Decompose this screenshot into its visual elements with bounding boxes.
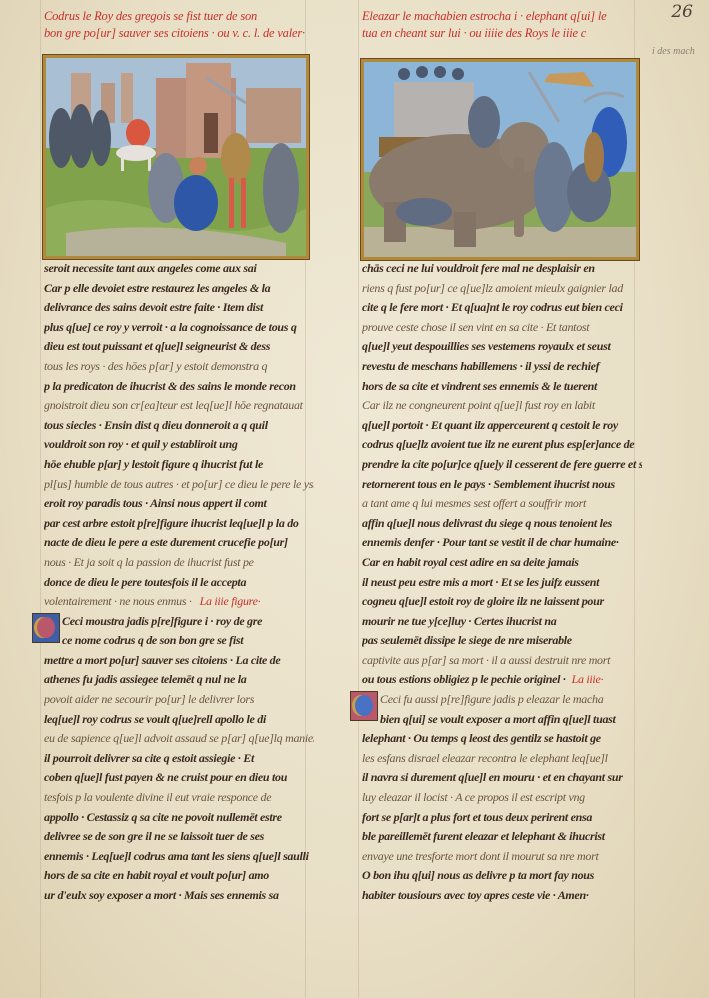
initial-letter-body — [355, 695, 373, 716]
text-line: mourir ne tue y[ce]luy · Certes ihucrist… — [362, 612, 642, 632]
ruling-line — [358, 0, 359, 998]
text-line: hors de sa cite en habit royal et voult … — [44, 866, 314, 886]
text-line: pl[us] humble de tous autres · et po[ur]… — [44, 475, 314, 495]
text-line: pas seulemēt dissipe le siege de nre mis… — [362, 631, 642, 651]
text-line: ou tous estions obligiez p le pechie ori… — [362, 670, 642, 690]
text-line: cite q le fere mort · Et q[ua]nt le roy … — [362, 298, 642, 318]
rubric-line: Eleazar le machabien estrocha i · elepha… — [362, 8, 662, 25]
text-line: chās ceci ne lui vouldroit fere mal ne d… — [362, 259, 642, 279]
text-line: povoit aider ne secourir po[ur] le deliv… — [44, 690, 314, 710]
text-line: Car p elle devoiet estre restaurez les a… — [44, 279, 314, 299]
text-line: a tant ame q lui mesmes sest offert a so… — [362, 494, 642, 514]
text-line: delivrance des sains devoit estre faite … — [44, 298, 314, 318]
text-line: retornerent tous en le pays · Semblement… — [362, 475, 642, 495]
eleazar-illumination-image — [364, 62, 636, 257]
text-line: affin q[ue]l nous delivrast du siege q n… — [362, 514, 642, 534]
chapter-block: Ceci fu aussi p[re]figure jadis p eleaza… — [362, 690, 642, 906]
text-line: nous · Et ja soit q la passion de ihucri… — [44, 553, 314, 573]
codrus-illumination-image — [46, 58, 306, 256]
text-line: leq[ue]l roy codrus se voult q[ue]rell a… — [44, 710, 314, 730]
text-line: lelephant · Ou temps q leost des gentilz… — [362, 729, 642, 749]
text-line: coben q[ue]l fust payen & ne cruist pour… — [44, 768, 314, 788]
text-line: eu de sapience q[ue]l advoit assaud se p… — [44, 729, 314, 749]
text-line: mettre a mort po[ur] sauver ses citoiens… — [44, 651, 314, 671]
text-line: seroit necessite tant aux angeles come a… — [44, 259, 314, 279]
text-line: prouve ceste chose il sen vint en sa cit… — [362, 318, 642, 338]
text-line: donce de dieu le pere toutesfois il le a… — [44, 573, 314, 593]
text-line: les esfans disrael eleazar recontra le e… — [362, 749, 642, 769]
illuminated-initial-c — [32, 613, 60, 643]
text-line: bien q[ui] se voult exposer a mort affin… — [362, 710, 642, 730]
text-line: dieu est tout puissant et q[ue]l seigneu… — [44, 337, 314, 357]
text-line: hōe ehuble p[ar] y lestoit figure q ihuc… — [44, 455, 314, 475]
rubric-line: tua en cheant sur lui · ou iiiie des Roy… — [362, 25, 662, 42]
folio-number: 26 — [671, 2, 693, 22]
text-line: Car en habit royal cest adire en sa deit… — [362, 553, 642, 573]
chapter-rubric: La iiie· — [572, 670, 604, 690]
text-line: volentairement · ne nous enmus · La iiie… — [44, 592, 314, 612]
chapter-rubric: La iiie figure· — [200, 592, 261, 612]
text-line: nacte de dieu le pere a este durement cr… — [44, 533, 314, 553]
text-line: prendre la cite po[ur]ce q[ue]y il cesse… — [362, 455, 642, 475]
text-line: tous les roys · des hōes p[ar] y estoit … — [44, 357, 314, 377]
text-line: plus q[ue] ce roy y verroit · a la cogno… — [44, 318, 314, 338]
text-line: riens q fust po[ur] ce q[ue]lz amoient m… — [362, 279, 642, 299]
initial-letter-body — [37, 617, 55, 638]
manuscript-page: 26 Codrus le Roy des gregois se fist tue… — [0, 0, 709, 998]
text-line: fort se p[ar]t a plus fort et tous deux … — [362, 808, 642, 828]
text-line: il pourroit delivrer sa cite q estoit as… — [44, 749, 314, 769]
text-line: cogneu q[ue]l estoit roy de gloire ilz n… — [362, 592, 642, 612]
chapter-block: Ceci moustra jadis p[re]figure i · roy d… — [44, 612, 314, 906]
text-line: revestu de meschans habillemens · il yss… — [362, 357, 642, 377]
text-line: ur d'eulx soy exposer a mort · Mais ses … — [44, 886, 314, 906]
right-column-text: chās ceci ne lui vouldroit fere mal ne d… — [362, 259, 642, 906]
left-column-rubric: Codrus le Roy des gregois se fist tuer d… — [44, 8, 314, 42]
text-line: hors de sa cite et vindrent ses ennemis … — [362, 377, 642, 397]
text-line: Car ilz ne congneurent point q[ue]l fust… — [362, 396, 642, 416]
text-line: tous siecles · Ensin dist q dieu donnero… — [44, 416, 314, 436]
text-line: codrus q[ue]lz avoient tue ilz ne eurent… — [362, 435, 642, 455]
illuminated-initial-c — [350, 691, 378, 721]
text-line: q[ue]l yeut despouillies ses vestemens r… — [362, 337, 642, 357]
ruling-line — [40, 0, 41, 998]
text-line-end: ou tous estions obligiez p le pechie ori… — [362, 670, 566, 690]
margin-note: i des mach — [652, 46, 695, 57]
text-line: athenes fu jadis assiegee telemēt q nul … — [44, 670, 314, 690]
right-column-rubric: Eleazar le machabien estrocha i · elepha… — [362, 8, 662, 42]
text-line: habiter tousiours avec toy apres ceste v… — [362, 886, 642, 906]
text-line: captivite aus p[ar] sa mort · il a aussi… — [362, 651, 642, 671]
text-line: par cest arbre estoit p[re]figure ihucri… — [44, 514, 314, 534]
text-line: delivree se de son gre il ne se laissoit… — [44, 827, 314, 847]
text-line: appollo · Cestassiz q sa cite ne povoit … — [44, 808, 314, 828]
text-line: gnoistroit dieu son cr[ea]teur est leq[u… — [44, 396, 314, 416]
text-line: p la predicaton de ihucrist & des sains … — [44, 377, 314, 397]
text-line: luy eleazar il locist · A ce propos il e… — [362, 788, 642, 808]
left-column-text: seroit necessite tant aux angeles come a… — [44, 259, 314, 906]
text-line: tesfois p la voulente divine il eut vrai… — [44, 788, 314, 808]
text-line: q[ue]l portoit · Et quant ilz apperceure… — [362, 416, 642, 436]
text-line: eroit roy paradis tous · Ainsi nous appe… — [44, 494, 314, 514]
rubric-line: Codrus le Roy des gregois se fist tuer d… — [44, 8, 314, 25]
text-line: il neust peu estre mis a mort · Et se le… — [362, 573, 642, 593]
text-line: ennemis denfer · Pour tant se vestit il … — [362, 533, 642, 553]
rubric-line: bon gre po[ur] sauver ses citoiens · ou … — [44, 25, 314, 42]
text-line: il navra si durement q[ue]l en mouru · e… — [362, 768, 642, 788]
text-line: ce nome codrus q de son bon gre se fist — [44, 631, 314, 651]
text-line: envaye une tresforte mort dont il mourut… — [362, 847, 642, 867]
text-line: ennemis · Leq[ue]l codrus ama tant les s… — [44, 847, 314, 867]
text-line: ble pareillemēt furent eleazar et leleph… — [362, 827, 642, 847]
miniature-eleazar — [361, 59, 639, 260]
text-line: vouldroit son roy · et quil y establiroi… — [44, 435, 314, 455]
text-line: Ceci moustra jadis p[re]figure i · roy d… — [44, 612, 314, 632]
text-line: Ceci fu aussi p[re]figure jadis p eleaza… — [362, 690, 642, 710]
text-line: O bon ihu q[ui] nous as delivre p ta mor… — [362, 866, 642, 886]
text-line-end: volentairement · ne nous enmus · — [44, 592, 192, 612]
miniature-codrus — [43, 55, 309, 259]
